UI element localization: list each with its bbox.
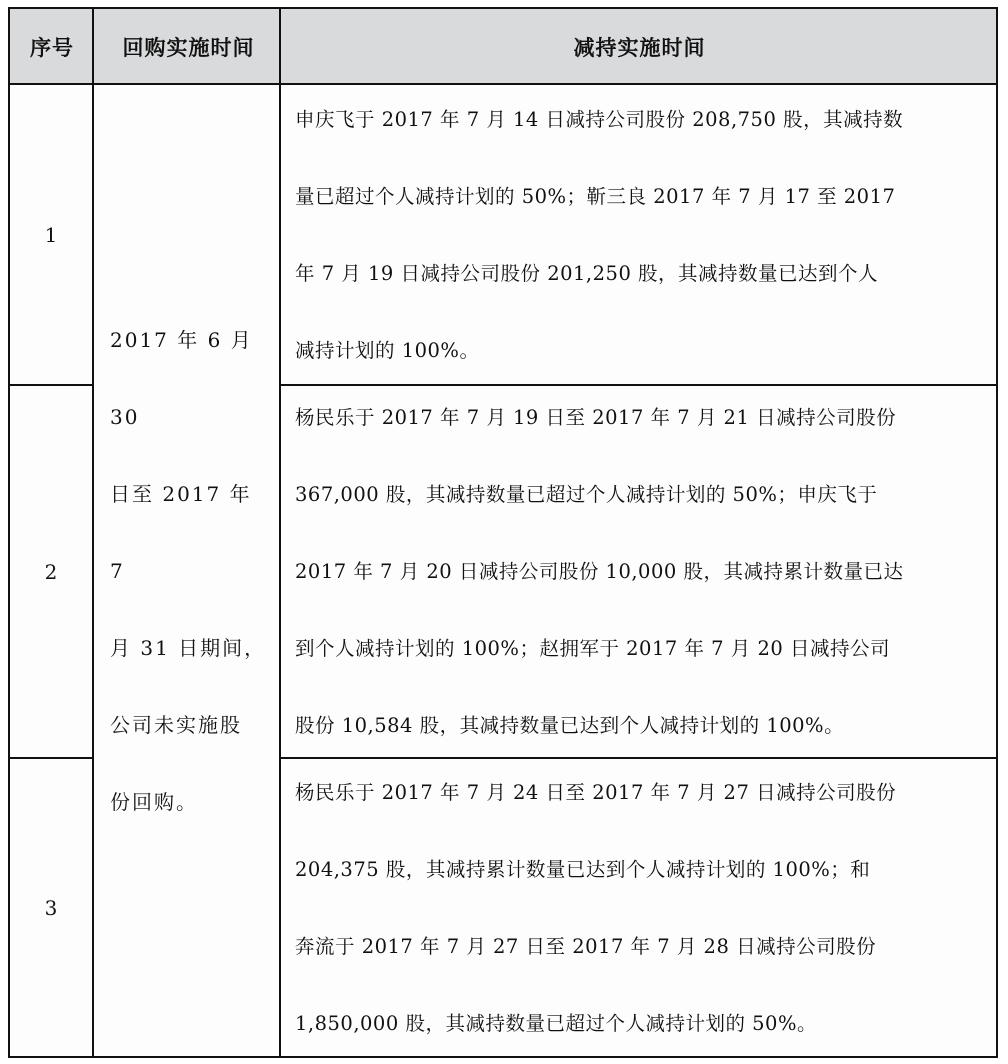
reduction-cell-row-3: 杨民乐于 2017 年 7 月 24 日至 2017 年 7 月 27 日减持公… [281, 759, 996, 1056]
buyback-line: 公司未实施股 [110, 687, 269, 764]
reduction-cell-row-1: 申庆飞于 2017 年 7 月 14 日减持公司股份 208,750 股，其减持… [281, 85, 996, 384]
buyback-line: 份回购。 [110, 764, 269, 841]
reduction-line: 量已超过个人减持计划的 50%；靳三良 2017 年 7 月 17 至 2017 [295, 158, 903, 235]
header-index: 序号 [10, 9, 94, 85]
reduction-line: 到个人减持计划的 100%；赵拥军于 2017 年 7 月 20 日减持公司 [295, 610, 903, 687]
buyback-line: 2017 年 6 月 30 [110, 302, 269, 456]
reduction-line: 年 7 月 19 日减持公司股份 201,250 股，其减持数量已达到个人 [295, 235, 903, 312]
buyback-period-cell: 2017 年 6 月 30 日至 2017 年 7 月 31 日期间， 公司未实… [94, 385, 279, 757]
reduction-line: 367,000 股，其减持数量已超过个人减持计划的 50%；申庆飞于 [295, 456, 903, 533]
reduction-line: 奔流于 2017 年 7 月 27 日至 2017 年 7 月 28 日减持公司… [295, 908, 896, 985]
buyback-line: 月 31 日期间， [110, 610, 269, 687]
reduction-line: 申庆飞于 2017 年 7 月 14 日减持公司股份 208,750 股，其减持… [295, 81, 903, 158]
share-reduction-table: 序号 回购实施时间 减持实施时间 1 2 3 2017 年 6 月 30 日至 … [8, 7, 998, 1058]
reduction-cell-row-2: 杨民乐于 2017 年 7 月 19 日至 2017 年 7 月 21 日减持公… [281, 386, 996, 757]
buyback-line: 日至 2017 年 7 [110, 456, 269, 610]
row-index: 3 [10, 759, 92, 1056]
reduction-line: 股份 10,584 股，其减持数量已达到个人减持计划的 100%。 [295, 687, 903, 764]
header-reduction-period: 减持实施时间 [283, 9, 996, 85]
row-index: 1 [10, 85, 92, 384]
reduction-line: 杨民乐于 2017 年 7 月 19 日至 2017 年 7 月 21 日减持公… [295, 379, 903, 456]
reduction-line: 1,850,000 股，其减持数量已超过个人减持计划的 50%。 [295, 985, 896, 1062]
reduction-line: 减持计划的 100%。 [295, 312, 903, 389]
reduction-line: 杨民乐于 2017 年 7 月 24 日至 2017 年 7 月 27 日减持公… [295, 754, 896, 831]
reduction-line: 204,375 股，其减持累计数量已达到个人减持计划的 100%；和 [295, 831, 896, 908]
row-index: 2 [10, 386, 92, 757]
header-buyback-period: 回购实施时间 [96, 9, 281, 85]
reduction-line: 2017 年 7 月 20 日减持公司股份 10,000 股，其减持累计数量已达 [295, 533, 903, 610]
